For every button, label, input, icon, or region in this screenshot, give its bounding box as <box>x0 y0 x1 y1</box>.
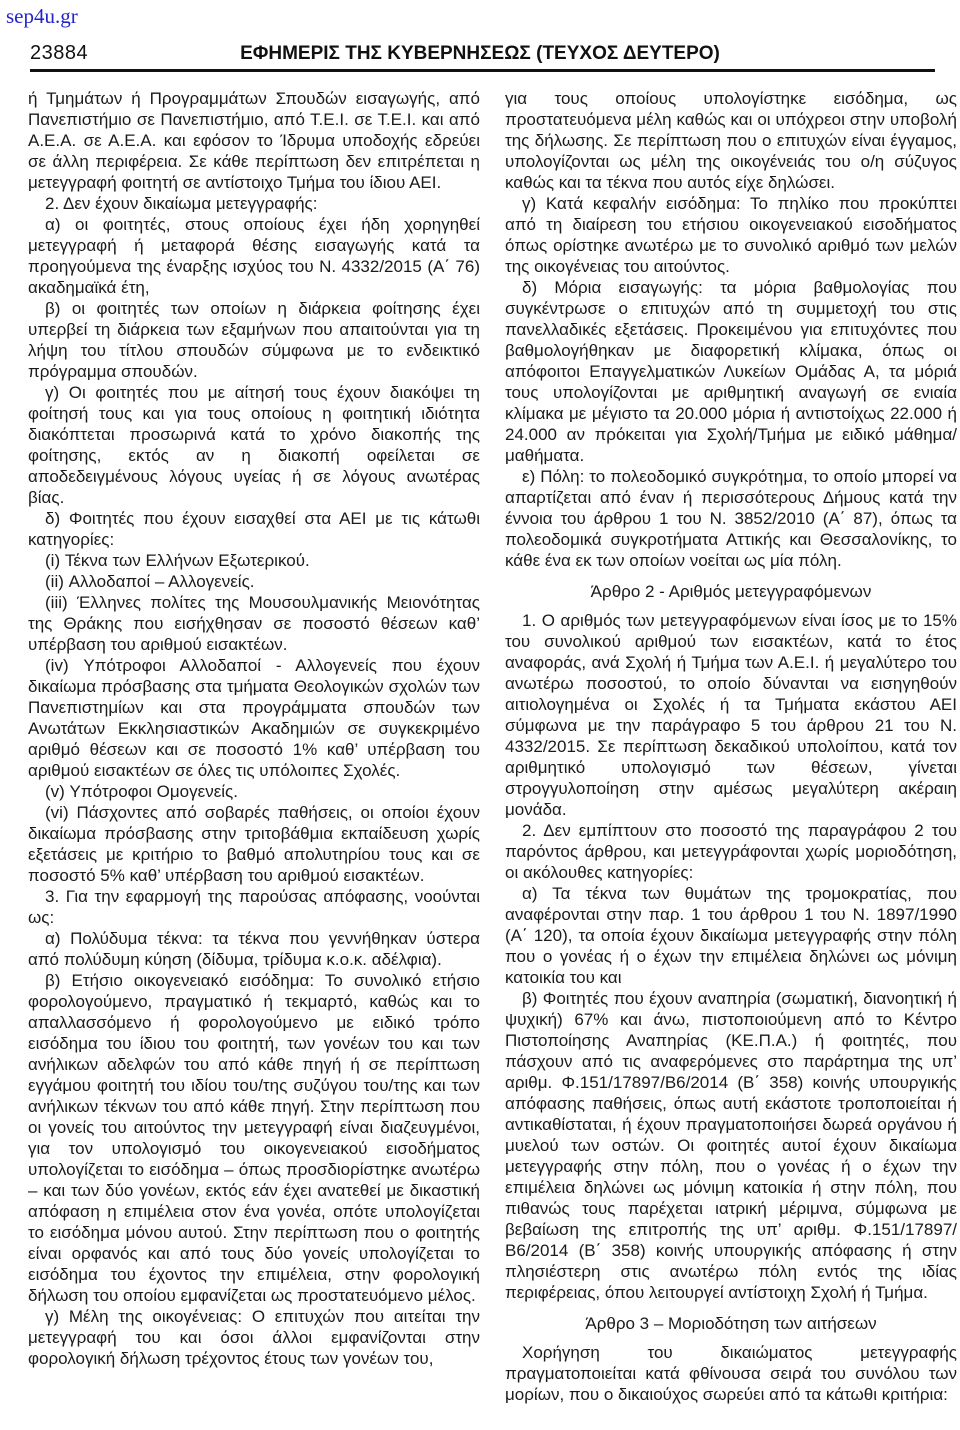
paragraph: για τους οποίους υπολογίστηκε εισόδημα, … <box>505 88 957 193</box>
sep4u-watermark: sep4u.gr <box>6 4 78 29</box>
left-column: ή Τμημάτων ή Προγραμμάτων Σπουδών εισαγω… <box>28 88 480 1424</box>
header-rule <box>30 69 935 72</box>
right-column: για τους οποίους υπολογίστηκε εισόδημα, … <box>505 88 957 1424</box>
paragraph: Χορήγηση του δικαιώματος μετεγγραφής πρα… <box>505 1342 957 1405</box>
paragraph: (vi) Πάσχοντες από σοβαρές παθήσεις, οι … <box>28 802 480 886</box>
paragraph: ή Τμημάτων ή Προγραμμάτων Σπουδών εισαγω… <box>28 88 480 193</box>
paragraph: (v) Υπότροφοι Ομογενείς. <box>28 781 480 802</box>
paragraph: α) Πολύδυμα τέκνα: τα τέκνα που γεννήθηκ… <box>28 928 480 970</box>
paragraph: 2. Δεν εμπίπτουν στο ποσοστό της παραγρά… <box>505 820 957 883</box>
gazette-title: ΕΦΗΜΕΡΙΣ ΤΗΣ ΚΥΒΕΡΝΗΣΕΩΣ (ΤΕΥΧΟΣ ΔΕΥΤΕΡΟ… <box>0 43 960 65</box>
paragraph: δ) Φοιτητές που έχουν εισαχθεί στα ΑΕΙ μ… <box>28 508 480 550</box>
paragraph: γ) Οι φοιτητές που με αίτησή τους έχουν … <box>28 382 480 508</box>
paragraph: β) οι φοιτητές των οποίων η διάρκεια φοί… <box>28 298 480 382</box>
paragraph: 1. Ο αριθμός των μετεγγραφόμενων είναι ί… <box>505 610 957 820</box>
paragraph: (iii) Έλληνες πολίτες της Μουσουλμανικής… <box>28 592 480 655</box>
paragraph: 3. Για την εφαρμογή της παρούσας απόφαση… <box>28 886 480 928</box>
paragraph: α) οι φοιτητές, στους οποίους έχει ήδη χ… <box>28 214 480 298</box>
paragraph: δ) Μόρια εισαγωγής: τα μόρια βαθμολογίας… <box>505 277 957 466</box>
paragraph: γ) Μέλη της οικογένειας: Ο επιτυχών που … <box>28 1306 480 1369</box>
paragraph: β) Ετήσιο οικογενειακό εισόδημα: Το συνο… <box>28 970 480 1306</box>
article-heading: Άρθρο 2 - Αριθμός μετεγγραφόμενων <box>505 581 957 602</box>
paragraph: γ) Κατά κεφαλήν εισόδημα: Το πηλίκο που … <box>505 193 957 277</box>
paragraph: (iv) Υπότροφοι Αλλοδαποί - Αλλογενείς πο… <box>28 655 480 781</box>
paragraph: 2. Δεν έχουν δικαίωμα μετεγγραφής: <box>28 193 480 214</box>
paragraph: α) Τα τέκνα των θυμάτων της τρομοκρατίας… <box>505 883 957 988</box>
paragraph: (i) Τέκνα των Ελλήνων Εξωτερικού. <box>28 550 480 571</box>
paragraph: ε) Πόλη: το πολεοδομικό συγκρότημα, το ο… <box>505 466 957 571</box>
paragraph: (ii) Αλλοδαποί – Αλλογενείς. <box>28 571 480 592</box>
paragraph: β) Φοιτητές που έχουν αναπηρία (σωματική… <box>505 988 957 1303</box>
article-heading: Άρθρο 3 – Μοριοδότηση των αιτήσεων <box>505 1313 957 1334</box>
